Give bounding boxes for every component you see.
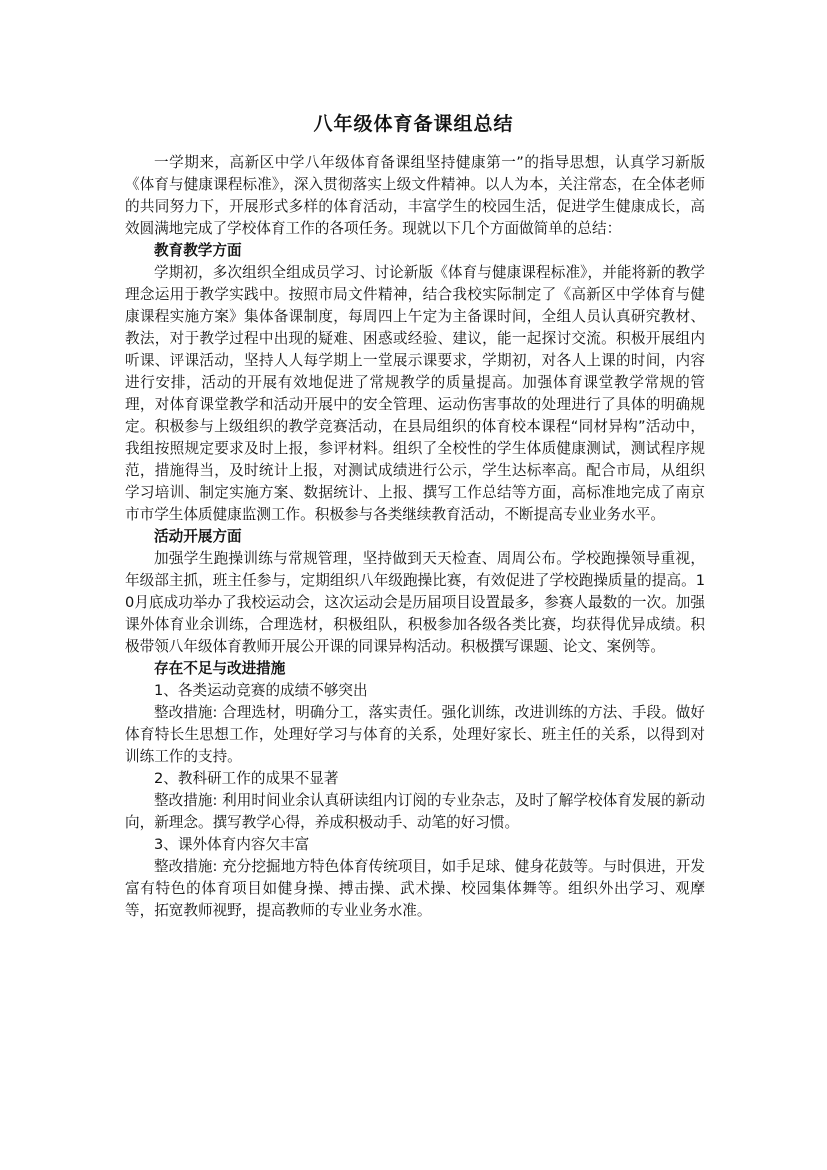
improvement-item-measure-3: 整改措施: 充分挖掘地方特色体育传统项目，如手足球、健身花鼓等。与时俱进，开发富… (125, 856, 705, 922)
improvement-item-title-1: 1、各类运动竞赛的成绩不够突出 (125, 680, 705, 702)
section-heading-activities: 活动开展方面 (125, 526, 705, 548)
intro-paragraph: 一学期来，高新区中学八年级体育备课组坚持健康第一”的指导思想，认真学习新版《体育… (125, 152, 705, 240)
section-paragraph-activities: 加强学生跑操训练与常规管理，坚持做到天天检查、周周公布。学校跑操领导重视，年级部… (125, 548, 705, 658)
improvement-item-title-2: 2、教科研工作的成果不显著 (125, 768, 705, 790)
document-body: 一学期来，高新区中学八年级体育备课组坚持健康第一”的指导思想，认真学习新版《体育… (125, 152, 705, 922)
document-title: 八年级体育备课组总结 (0, 112, 827, 136)
section-heading-improvements: 存在不足与改进措施 (125, 658, 705, 680)
improvement-item-title-3: 3、课外体育内容欠丰富 (125, 834, 705, 856)
improvement-item-measure-1: 整改措施: 合理选材，明确分工，落实责任。强化训练，改进训练的方法、手段。做好体… (125, 702, 705, 768)
document-page: 八年级体育备课组总结 一学期来，高新区中学八年级体育备课组坚持健康第一”的指导思… (0, 0, 827, 1170)
improvement-item-measure-2: 整改措施: 利用时间业余认真研读组内订阅的专业杂志，及时了解学校体育发展的新动向… (125, 790, 705, 834)
section-paragraph-teaching: 学期初，多次组织全组成员学习、讨论新版《体育与健康课程标准》，并能将新的教学理念… (125, 262, 705, 526)
section-heading-teaching: 教育教学方面 (125, 240, 705, 262)
